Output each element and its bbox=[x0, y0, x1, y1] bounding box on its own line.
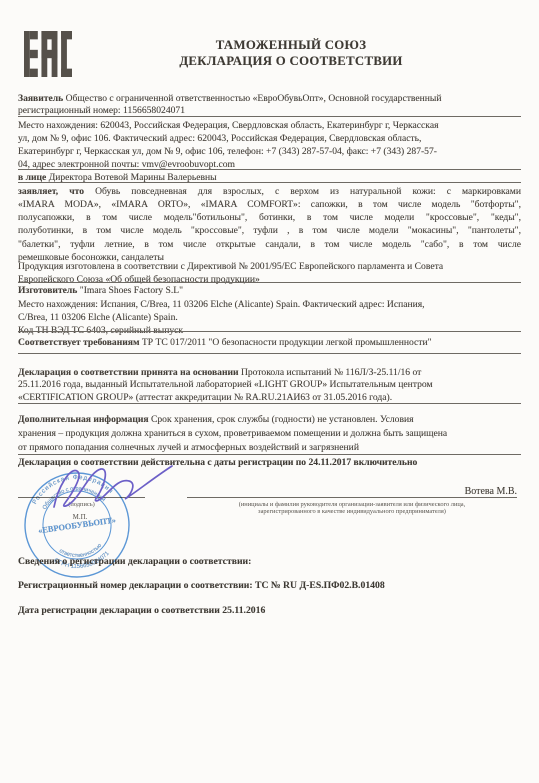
compliance-label: Соответствует требованиям bbox=[18, 337, 139, 348]
applicant-text: Общество с ограниченной ответственностью… bbox=[66, 93, 442, 104]
document-title: ТАМОЖЕННЫЙ СОЮЗ ДЕКЛАРАЦИЯ О СООТВЕТСТВИ… bbox=[121, 38, 461, 69]
declares-block: заявляет, что Обувь повседневная для взр… bbox=[18, 185, 521, 265]
divider bbox=[18, 454, 521, 455]
title-line-1: ТАМОЖЕННЫЙ СОЮЗ bbox=[121, 38, 461, 54]
declares-line: «IMARA MODA», «IMARA ORTO», «IMARA COMFO… bbox=[18, 198, 521, 211]
production-line: Продукция изготовлена в соответствии с Д… bbox=[18, 260, 521, 273]
applicant-label: Заявитель bbox=[18, 93, 63, 104]
registration-heading: Сведения о регистрации декларации о соот… bbox=[18, 556, 521, 567]
declares-label: заявляет, что bbox=[18, 186, 84, 197]
address-line: Екатеринбург г, Черкасская ул, дом № 9, … bbox=[18, 145, 521, 158]
manufacturer-block: Изготовитель "Imara Shoes Factory S.L" bbox=[18, 285, 521, 296]
additional-text: Срок хранения, срок службы (годности) не… bbox=[151, 414, 414, 425]
applicant-block: Заявитель Общество с ограниченной ответс… bbox=[18, 93, 521, 117]
signer-name: Вотева М.В. bbox=[187, 486, 517, 497]
address-line: Место нахождения: 620043, Российская Фед… bbox=[18, 119, 521, 132]
additional-line: от прямого попадания солнечных лучей и а… bbox=[18, 441, 521, 455]
additional-label: Дополнительная информация bbox=[18, 414, 149, 425]
registration-number: Регистрационный номер декларации о соотв… bbox=[18, 580, 521, 591]
divider bbox=[18, 116, 521, 117]
signature-stroke-icon bbox=[46, 461, 178, 517]
declares-line: полуботинки, в том числе модель "кроссов… bbox=[18, 224, 521, 237]
title-line-2: ДЕКЛАРАЦИЯ О СООТВЕТСТВИИ bbox=[121, 54, 461, 70]
manufacturer-text: "Imara Shoes Factory S.L" bbox=[80, 285, 183, 296]
applicant-address-block: Место нахождения: 620043, Российская Фед… bbox=[18, 119, 521, 172]
compliance-line: Соответствует требованиям ТР ТС 017/2011… bbox=[18, 337, 521, 348]
additional-line: хранения – продукция должна храниться в … bbox=[18, 427, 521, 441]
signer-caption-1: (инициалы и фамилия руководителя организ… bbox=[187, 501, 517, 508]
divider bbox=[18, 282, 521, 283]
compliance-text: ТР ТС 017/2011 "О безопасности продукции… bbox=[142, 337, 432, 348]
basis-text: Протокола испытаний № 116Л/З-25.11/16 от bbox=[241, 367, 421, 378]
divider bbox=[18, 169, 521, 170]
manufacturer-label: Изготовитель bbox=[18, 285, 77, 296]
declaration-document: ТАМОЖЕННЫЙ СОЮЗ ДЕКЛАРАЦИЯ О СООТВЕТСТВИ… bbox=[0, 0, 539, 783]
additional-line-1: Дополнительная информация Срок хранения,… bbox=[18, 413, 521, 427]
declares-line: "балетки", туфли летние, в том числе отк… bbox=[18, 238, 521, 251]
manufacturer-address-line: Место нахождения: Испания, C/Brea, 11 03… bbox=[18, 298, 521, 311]
basis-label: Декларация о соответствии принята на осн… bbox=[18, 367, 239, 378]
compliance-block: Соответствует требованиям ТР ТС 017/2011… bbox=[18, 337, 521, 348]
declares-line: полусапожки, в том числе модель"ботильон… bbox=[18, 211, 521, 224]
divider bbox=[18, 353, 521, 354]
divider bbox=[18, 403, 521, 404]
eac-mark-icon bbox=[24, 31, 72, 77]
signer-caption-2: зарегистрированного в качестве индивидуа… bbox=[187, 508, 517, 515]
divider bbox=[18, 182, 521, 183]
declares-text: Обувь повседневная для взрослых, с верхо… bbox=[95, 186, 521, 197]
manufacturer-line: Изготовитель "Imara Shoes Factory S.L" bbox=[18, 285, 521, 296]
applicant-line-1: Заявитель Общество с ограниченной ответс… bbox=[18, 93, 521, 105]
address-line: ул, дом № 9, офис 106. Фактический адрес… bbox=[18, 132, 521, 145]
basis-line: 25.11.2016 года, выданный Испытательной … bbox=[18, 379, 521, 391]
eac-logo bbox=[24, 31, 72, 77]
divider bbox=[18, 331, 521, 332]
additional-info-block: Дополнительная информация Срок хранения,… bbox=[18, 413, 521, 455]
manufacturer-address-line: C/Brea, 11 03206 Elche (Alicante) Spain. bbox=[18, 311, 521, 324]
basis-block: Декларация о соответствии принята на осн… bbox=[18, 367, 521, 404]
signer-line bbox=[187, 497, 517, 498]
stamp-center-text: «ЕВРООБУВЬОПТ» bbox=[38, 516, 117, 536]
basis-line-1: Декларация о соответствии принята на осн… bbox=[18, 367, 521, 379]
tnved-code-line: Код ТН ВЭД ТС 6403, серийный выпуск bbox=[18, 324, 521, 337]
handwritten-signature bbox=[46, 461, 178, 517]
registration-date: Дата регистрации декларации о соответств… bbox=[18, 605, 521, 616]
declares-line-1: заявляет, что Обувь повседневная для взр… bbox=[18, 185, 521, 198]
